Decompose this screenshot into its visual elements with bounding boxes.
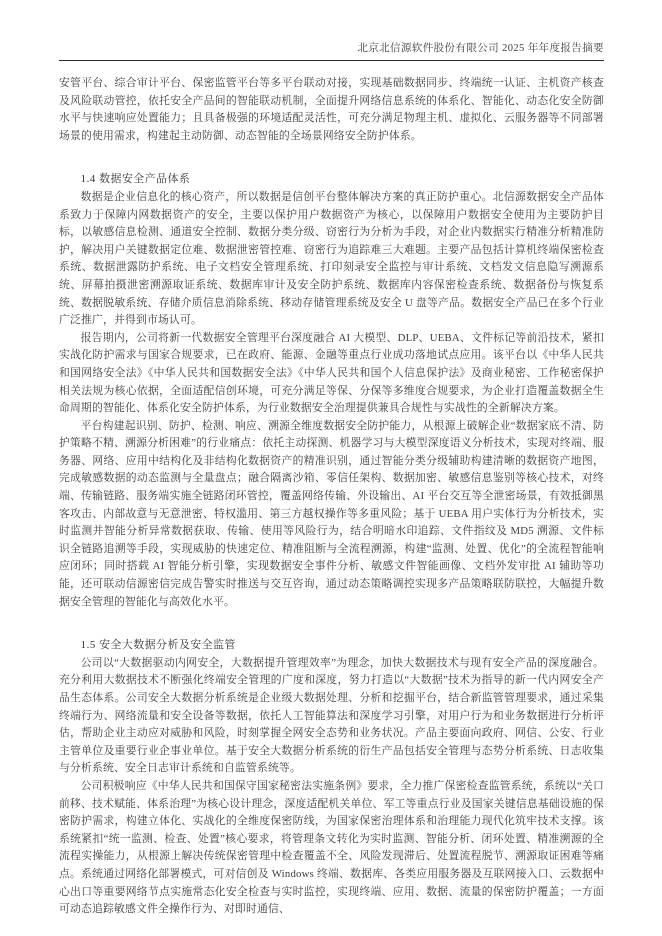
paragraph: 报告期内，公司将新一代数据安全管理平台深度融合 AI 大模型、DLP、UEBA、…: [59, 330, 604, 418]
paragraph: 公司以“大数据驱动内网安全，大数据提升管理效率”为理念，加快大数据技术与现有安全…: [59, 655, 604, 778]
paragraph: 平台构建起识别、防护、检测、响应、溯源全维度数据安全防护能力，从根源上破解企业“…: [59, 418, 604, 612]
paragraph: 安管平台、综合审计平台、保密监管平台等多平台联动对接，实现基础数据同步、终端统一…: [59, 75, 604, 145]
paragraph: 公司积极响应《中华人民共和国保守国家秘密法实施条例》要求，全力推广保密检查监管系…: [59, 778, 604, 919]
header-title: 北京北信源软件股份有限公司 2025 年年度报告摘要: [357, 43, 604, 54]
report-page: 北京北信源软件股份有限公司 2025 年年度报告摘要 安管平台、综合审计平台、保…: [59, 0, 604, 919]
section-heading: 1.5 安全大数据分析及安全监管: [59, 637, 604, 655]
page-header: 北京北信源软件股份有限公司 2025 年年度报告摘要: [59, 0, 604, 61]
document-body: 安管平台、综合审计平台、保密监管平台等多平台联动对接，实现基础数据同步、终端统一…: [59, 75, 604, 919]
page-number: 4: [595, 866, 600, 877]
paragraph: 数据是企业信息化的核心资产，所以数据是信创平台整体解决方案的真正防护重心。北信源…: [59, 189, 604, 330]
section-heading: 1.4 数据安全产品体系: [59, 171, 604, 189]
